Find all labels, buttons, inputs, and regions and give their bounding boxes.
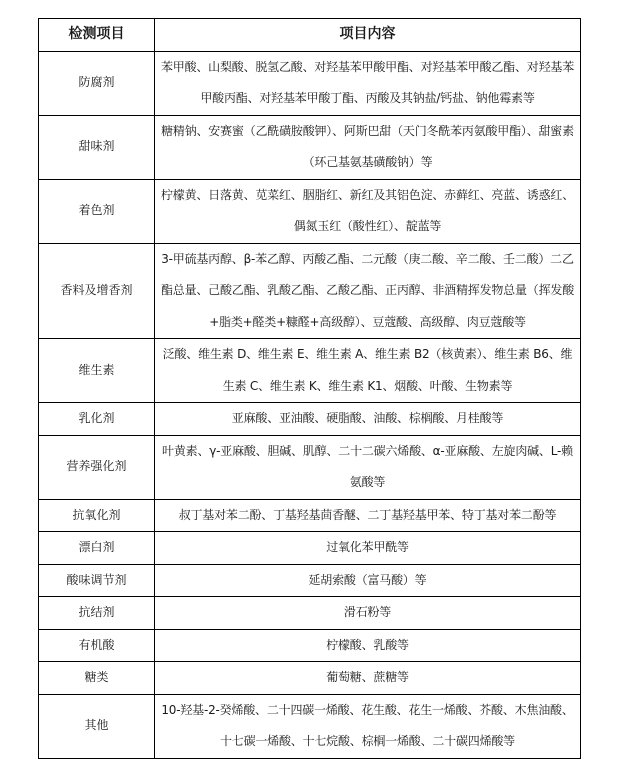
table-row: 维生素 泛酸、维生素 D、维生素 E、维生素 A、维生素 B2（核黄素）、维生素… [39,339,581,403]
row-item: 乳化剂 [39,403,155,436]
table-row: 抗结剂 滑石粉等 [39,597,581,630]
row-item: 维生素 [39,339,155,403]
row-item: 营养强化剂 [39,435,155,499]
header-test-item: 检测项目 [39,19,155,52]
table-row: 乳化剂 亚麻酸、亚油酸、硬脂酸、油酸、棕榈酸、月桂酸等 [39,403,581,436]
row-item: 抗氧化剂 [39,499,155,532]
test-items-table: 检测项目 项目内容 防腐剂 苯甲酸、山梨酸、脱氢乙酸、对羟基苯甲酸甲酯、对羟基苯… [38,18,581,759]
row-content: 柠檬黄、日落黄、苋菜红、胭脂红、新红及其铝色淀、赤藓红、亮蓝、诱惑红、偶氮玉红（… [155,179,581,243]
row-item: 糖类 [39,662,155,695]
table-row: 其他 10-羟基-2-癸烯酸、二十四碳一烯酸、花生酸、花生一烯酸、芥酸、木焦油酸… [39,694,581,758]
row-item: 着色剂 [39,179,155,243]
header-row: 检测项目 项目内容 [39,19,581,52]
row-item: 防腐剂 [39,51,155,115]
header-item-content: 项目内容 [155,19,581,52]
table-row: 抗氧化剂 叔丁基对苯二酚、丁基羟基茴香醚、二丁基羟基甲苯、特丁基对苯二酚等 [39,499,581,532]
row-item: 抗结剂 [39,597,155,630]
table-row: 甜味剂 糖精钠、安赛蜜（乙酰磺胺酸钾）、阿斯巴甜（天门冬酰苯丙氨酸甲酯）、甜蜜素… [39,115,581,179]
row-content: 过氧化苯甲酰等 [155,532,581,565]
row-item: 有机酸 [39,629,155,662]
row-content: 10-羟基-2-癸烯酸、二十四碳一烯酸、花生酸、花生一烯酸、芥酸、木焦油酸、十七… [155,694,581,758]
table-row: 糖类 葡萄糖、蔗糖等 [39,662,581,695]
row-content: 苯甲酸、山梨酸、脱氢乙酸、对羟基苯甲酸甲酯、对羟基苯甲酸乙酯、对羟基苯甲酸丙酯、… [155,51,581,115]
row-content: 3-甲硫基丙醇、β-苯乙醇、丙酸乙酯、二元酸（庚二酸、辛二酸、壬二酸）二乙酯总量… [155,243,581,339]
row-content: 延胡索酸（富马酸）等 [155,564,581,597]
row-item: 甜味剂 [39,115,155,179]
table-row: 酸味调节剂 延胡索酸（富马酸）等 [39,564,581,597]
row-content: 糖精钠、安赛蜜（乙酰磺胺酸钾）、阿斯巴甜（天门冬酰苯丙氨酸甲酯）、甜蜜素（环己基… [155,115,581,179]
row-item: 漂白剂 [39,532,155,565]
table-row: 有机酸 柠檬酸、乳酸等 [39,629,581,662]
row-item: 其他 [39,694,155,758]
row-content: 泛酸、维生素 D、维生素 E、维生素 A、维生素 B2（核黄素）、维生素 B6、… [155,339,581,403]
table-row: 漂白剂 过氧化苯甲酰等 [39,532,581,565]
row-item: 酸味调节剂 [39,564,155,597]
row-content: 叔丁基对苯二酚、丁基羟基茴香醚、二丁基羟基甲苯、特丁基对苯二酚等 [155,499,581,532]
table-row: 营养强化剂 叶黄素、γ-亚麻酸、胆碱、肌醇、二十二碳六烯酸、α-亚麻酸、左旋肉碱… [39,435,581,499]
table-row: 防腐剂 苯甲酸、山梨酸、脱氢乙酸、对羟基苯甲酸甲酯、对羟基苯甲酸乙酯、对羟基苯甲… [39,51,581,115]
table-row: 着色剂 柠檬黄、日落黄、苋菜红、胭脂红、新红及其铝色淀、赤藓红、亮蓝、诱惑红、偶… [39,179,581,243]
row-content: 柠檬酸、乳酸等 [155,629,581,662]
row-content: 滑石粉等 [155,597,581,630]
row-item: 香料及增香剂 [39,243,155,339]
row-content: 叶黄素、γ-亚麻酸、胆碱、肌醇、二十二碳六烯酸、α-亚麻酸、左旋肉碱、L-赖氨酸… [155,435,581,499]
row-content: 葡萄糖、蔗糖等 [155,662,581,695]
table-row: 香料及增香剂 3-甲硫基丙醇、β-苯乙醇、丙酸乙酯、二元酸（庚二酸、辛二酸、壬二… [39,243,581,339]
row-content: 亚麻酸、亚油酸、硬脂酸、油酸、棕榈酸、月桂酸等 [155,403,581,436]
